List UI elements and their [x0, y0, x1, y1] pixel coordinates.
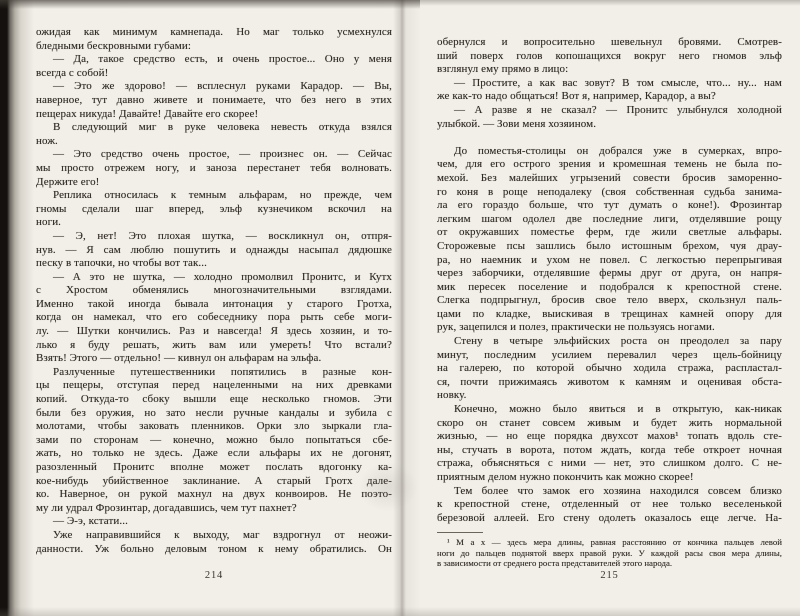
text-line: цами по кладке, выискивая в трещинах кам…: [437, 308, 782, 322]
text-line: го коня в роще неподалеку (своя собствен…: [437, 186, 782, 200]
text-line: — А разве я не сказал? — Пронитс улыбнул…: [437, 104, 782, 118]
text-line: лу. — Шутки кончились. Раз и навсегда! Я…: [36, 325, 392, 339]
text-line: — Это средство очень простое, — произнес…: [36, 148, 392, 162]
paragraph: — Это средство очень простое, — произнес…: [36, 148, 392, 189]
text-line: скоро он станет совсем живым и будет жит…: [437, 417, 782, 431]
page-number-left: 214: [36, 570, 392, 581]
scan-edge-left: [0, 0, 34, 616]
page-number-right: 215: [437, 570, 782, 581]
text-line: были без оружия, но зато несли ручные ка…: [36, 407, 392, 421]
text-line: — Э-э, кстати...: [36, 515, 392, 529]
text-line: к крепостной стене, отделенный от нее то…: [437, 498, 782, 512]
text-line: новку.: [437, 389, 782, 403]
footnote-line: в зависимости от среднего роста представ…: [437, 558, 782, 568]
text-line: — Да, такое средство есть, и очень прост…: [36, 53, 392, 67]
text-line: Сторожевые псы зашлись было истошным бре…: [437, 240, 782, 254]
paragraph: Конечно, можно было явиться и в открытую…: [437, 403, 782, 485]
text-line: улыбкой. — Зови меня хозяином.: [437, 118, 782, 132]
text-line: ко. Наверное, он рукой махнул на двух ко…: [36, 488, 392, 502]
text-line: цы пещеры, отступая перед нацеленными на…: [36, 379, 392, 393]
paragraph: Реплика относилась к темным альфарам, но…: [36, 189, 392, 230]
footnote-line: ¹ М а х — здесь мера длины, равная расст…: [437, 537, 782, 547]
text-line: ший поверх голов копошащихся вокруг него…: [437, 50, 782, 64]
text-line: Слегка подпрыгнул, бросив свое тело ввер…: [437, 294, 782, 308]
text-line: — Э, нет! Это плохая шутка, — воскликнул…: [36, 230, 392, 244]
paragraph: Тем более что замок его хозяина находилс…: [437, 485, 782, 526]
footnote-line: ноги до пальцев поднятой вверх правой ру…: [437, 548, 782, 558]
text-line: ны, стучать в ворота, потом ждать, когда…: [437, 444, 782, 458]
footnote-rule: [437, 532, 483, 533]
text-line: обернулся и вопросительно шевельнул бров…: [437, 36, 782, 50]
text-line: наверное, тут давно живете и понимаете, …: [36, 94, 392, 108]
page-left-text: ожидая как минимум камнепада. Но маг тол…: [36, 26, 392, 556]
paragraph: обернулся и вопросительно шевельнул бров…: [437, 36, 782, 77]
text-line: же как-то надо общаться! Вот я, например…: [437, 90, 782, 104]
book-scan: ожидая как минимум камнепада. Но маг тол…: [0, 0, 800, 616]
text-line: березовой аллеей. Его стену одолеть оказ…: [437, 512, 782, 526]
text-line: Уже направившийся к выходу, маг вздрогну…: [36, 529, 392, 543]
page-right-text: обернулся и вопросительно шевельнул бров…: [437, 36, 782, 525]
text-line: чем, для его острого зрения и кромешная …: [437, 158, 782, 172]
text-line: До поместья-столицы он добрался уже в су…: [437, 145, 782, 159]
text-line: Держите его!: [36, 176, 392, 190]
text-line: зами по сторонам — конечно, можно было п…: [36, 434, 392, 448]
text-line: жать, но только не здесь. Даже если альф…: [36, 447, 392, 461]
scan-edge-bottom: [0, 607, 800, 616]
text-line: с Хростом обменялись многозначительными …: [36, 284, 392, 298]
text-line: му ли удрал Фрозинтар, догадавшись, чем …: [36, 502, 392, 516]
text-line: всегда с собой!: [36, 67, 392, 81]
text-line: жизнью, — но еще порядка двухсот махов¹ …: [437, 430, 782, 444]
text-line: ла его гораздо больше, что тут думать о …: [437, 199, 782, 213]
text-line: мы просто отрежем ногу, и заноза переста…: [36, 162, 392, 176]
text-line: В следующий миг в руке человека невесть …: [36, 121, 392, 135]
text-line: пещерах никуда! Давайте! Давайте его ско…: [36, 108, 392, 122]
text-line: Тем более что замок его хозяина находилс…: [437, 485, 782, 499]
page-gutter: [393, 0, 421, 616]
text-line: гномы сделали шаг вперед, эльф кузнечико…: [36, 203, 392, 217]
text-line: нож.: [36, 135, 392, 149]
text-line: ожидая как минимум камнепада. Но маг тол…: [36, 26, 392, 40]
text-line: — Это же здорово! — всплеснул руками Кар…: [36, 80, 392, 94]
text-line: данности. Уж больно деловым тоном к нему…: [36, 543, 392, 557]
text-line: рук, зацепился и полез, практически не п…: [437, 321, 782, 335]
text-line: Именно такой иногда бывала интонация у с…: [36, 298, 392, 312]
paragraph: До поместья-столицы он добрался уже в су…: [437, 145, 782, 335]
text-line: копий. Откуда-то сбоку вышли еще несколь…: [36, 393, 392, 407]
text-line: минут, последним усилием перевалил через…: [437, 349, 782, 363]
text-line: Стену в четыре эльфийских роста он преод…: [437, 335, 782, 349]
text-line: нув. — Я сам люблю пошутить и однажды на…: [36, 244, 392, 258]
text-line: взглянул ему прямо в лицо:: [437, 63, 782, 77]
text-line: разозленный Пронитс вполне может послать…: [36, 461, 392, 475]
text-line: от окружавших поместье ферм, где жили св…: [437, 226, 782, 240]
paragraph: В следующий миг в руке человека невесть …: [36, 121, 392, 148]
text-line: мик пересек поселение и подобрался к кре…: [437, 281, 782, 295]
paragraph: Уже направившийся к выходу, маг вздрогну…: [36, 529, 392, 556]
text-line: Разлученные путешественники попятились в…: [36, 366, 392, 380]
footnote: ¹ М а х — здесь мера длины, равная расст…: [437, 537, 782, 568]
text-line: кое-нибудь убийственное заклинание. А ст…: [36, 475, 392, 489]
paragraph: ожидая как минимум камнепада. Но маг тол…: [36, 26, 392, 53]
text-line: мехой. Без малейших угрызений совести бр…: [437, 172, 782, 186]
text-line: молотами, чтобы заковать пленников. Орки…: [36, 420, 392, 434]
text-line: приятным делом нужно покончить как можно…: [437, 471, 782, 485]
page-right: обернулся и вопросительно шевельнул бров…: [437, 36, 782, 569]
paragraph: — Э, нет! Это плохая шутка, — воскликнул…: [36, 230, 392, 271]
scan-edge-top: [0, 0, 800, 10]
text-line: легким шагом одолел две последние лиги, …: [437, 213, 782, 227]
paragraph: — А это не шутка, — холодно промолвил Пр…: [36, 271, 392, 366]
paragraph: — Простите, а как вас зовут? В том смысл…: [437, 77, 782, 104]
text-line: когда он намекал, что его собеседнику по…: [36, 311, 392, 325]
text-line: — Простите, а как вас зовут? В том смысл…: [437, 77, 782, 91]
paragraph: — Это же здорово! — всплеснул руками Кар…: [36, 80, 392, 121]
text-line: на галерею, по которой обычно ходила стр…: [437, 362, 782, 376]
paragraph: — Да, такое средство есть, и очень прост…: [36, 53, 392, 80]
paragraph: Стену в четыре эльфийских роста он преод…: [437, 335, 782, 403]
text-line: Взять! Этого — отдельно! — кивнул он аль…: [36, 352, 392, 366]
paragraph: Разлученные путешественники попятились в…: [36, 366, 392, 516]
text-line: бледными бескровными губами:: [36, 40, 392, 54]
text-line: через заборчики, отделявшие фермы друг о…: [437, 267, 782, 281]
text-line: стража, объясняться с ними — нет, это сл…: [437, 457, 782, 471]
text-line: Конечно, можно было явиться и в открытую…: [437, 403, 782, 417]
text-line: лько я буду решать, жить вам или умереть…: [36, 339, 392, 353]
text-line: — А это не шутка, — холодно промолвил Пр…: [36, 271, 392, 285]
text-line: ноги.: [36, 216, 392, 230]
text-line: песку в тапочки, но чтобы вот так...: [36, 257, 392, 271]
text-line: ра, но наемник и ухом не повел. С легкос…: [437, 254, 782, 268]
page-left: ожидая как минимум камнепада. Но маг тол…: [36, 26, 392, 556]
paragraph: — А разве я не сказал? — Пронитс улыбнул…: [437, 104, 782, 131]
text-line: ся, почти прижимаясь животом к камням и …: [437, 376, 782, 390]
text-line: Реплика относилась к темным альфарам, но…: [36, 189, 392, 203]
paragraph: — Э-э, кстати...: [36, 515, 392, 529]
